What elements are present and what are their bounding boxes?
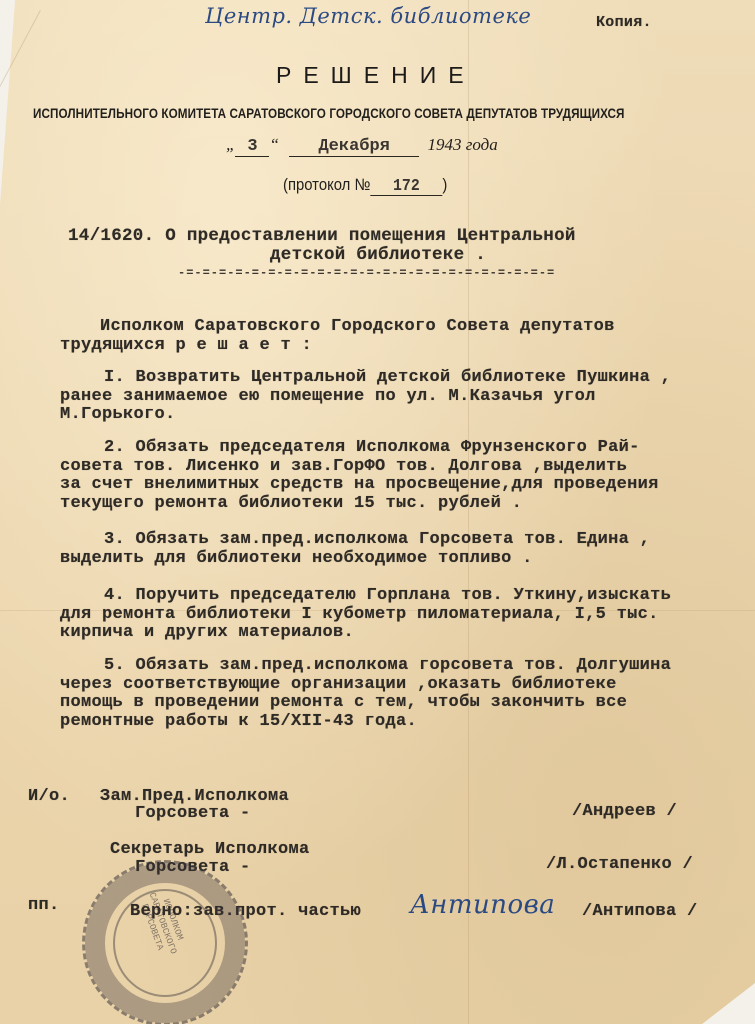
decision-item-5-line: 5. Обязать зам.пред.исполкома горсовета …	[104, 656, 671, 675]
decision-item-3-line: 3. Обязать зам.пред.исполкома Горсовета …	[104, 530, 650, 549]
decision-item-2-line: за счет внелимитных средств на просвещен…	[60, 475, 659, 494]
decision-item-2-line: текущего ремонта библиотеки 15 тыс. рубл…	[60, 494, 522, 513]
preamble-line2: трудящихся р е ш а е т :	[60, 336, 312, 355]
signature-prefix-pp: пп.	[28, 896, 60, 915]
date-line: „3“ Декабря 1943 года	[226, 135, 498, 157]
decision-item-3-line: выделить для библиотеки необходимое топл…	[60, 549, 533, 568]
protocol-prefix: (протокол №	[283, 176, 370, 194]
quote-close: “	[269, 135, 278, 154]
date-month: Декабря	[318, 137, 389, 156]
decision-item-4-line: 4. Поручить председателю Горплана тов. У…	[104, 586, 671, 605]
decision-heading-line1: 14/1620. О предоставлении помещения Цент…	[68, 226, 576, 246]
date-day: 3	[247, 137, 257, 156]
document-subtitle: ИСПОЛНИТЕЛЬНОГО КОМИТЕТА САРАТОВСКОГО ГО…	[33, 106, 625, 121]
document-title: РЕШЕНИЕ	[276, 62, 476, 89]
handwritten-note: Центр. Детск. библиотеке	[205, 4, 531, 28]
decision-item-5-line: ремонтные работы к 15/XII-43 года.	[60, 712, 417, 731]
decision-item-2-line: совета тов. Лисенко и зав.ГорФО тов. Дол…	[60, 457, 627, 476]
decision-item-5-line: через соответствующие организации ,оказа…	[60, 675, 617, 694]
preamble-line1: Исполком Саратовского Городского Совета …	[100, 317, 615, 336]
protocol-line: (протокол №172)	[283, 176, 447, 196]
protocol-number: 172	[393, 176, 420, 195]
decision-item-4-line: для ремонта библиотеки I кубометр пилома…	[60, 605, 659, 624]
decision-item-1-line: ранее занимаемое ею помещение по ул. М.К…	[60, 387, 596, 406]
decision-item-5-line: помощь в проведении ремонта с тем, чтобы…	[60, 693, 627, 712]
handwritten-addressee: Центр. Детск. библиотеке	[205, 4, 531, 28]
decision-item-2-line: 2. Обязать председателя Исполкома Фрунзе…	[104, 438, 640, 457]
signature-name-3: /Антипова /	[582, 902, 698, 921]
signature-prefix-io: И/о.	[28, 787, 70, 806]
decision-heading-line2: детской библиотеке .	[270, 245, 486, 265]
signature-role-2: Секретарь Исполкома	[110, 840, 310, 859]
official-stamp: ИСПОЛКОМ САРАТОВСКОГО ГОРСОВЕТА	[82, 860, 248, 1024]
signature-name-2: /Л.Остапенко /	[546, 855, 693, 874]
signature-name-1: /Андреев /	[572, 802, 677, 821]
decision-item-4-line: кирпича и других материалов.	[60, 623, 354, 642]
handwritten-signature: Антипова	[410, 890, 555, 920]
decision-item-1-line: М.Горького.	[60, 405, 176, 424]
heading-underline: -=-=-=-=-=-=-=-=-=-=-=-=-=-=-=-=-=-=-=-=…	[178, 266, 555, 280]
protocol-suffix: )	[442, 176, 447, 194]
signature-role-1b: Горсовета -	[135, 804, 251, 823]
quote-open: „	[226, 135, 235, 154]
date-year: 1943 года	[427, 135, 497, 154]
decision-item-1-line: I. Возвратить Центральной детской библио…	[104, 368, 671, 387]
copy-mark: Копия.	[596, 14, 652, 31]
